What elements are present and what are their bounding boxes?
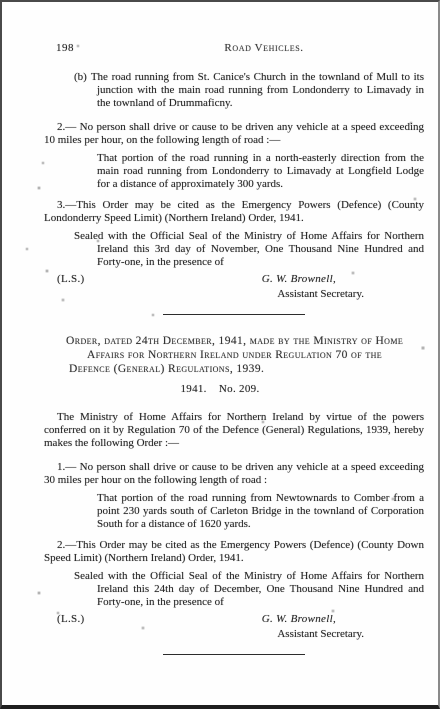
order2-signature-row: (L.S.) G. W. Brownell, <box>44 613 424 625</box>
order1-paragraph-2-subclause: That portion of the road running in a no… <box>97 152 424 191</box>
order2-signature-title: Assistant Secretary. <box>44 628 424 641</box>
order2-heading-line: Affairs for Northern Ireland under Regul… <box>87 348 424 362</box>
order1-item-b: (b)The road running from St. Canice's Ch… <box>97 71 424 110</box>
order1-ls-seal-mark: (L.S.) <box>57 273 84 285</box>
scanned-document-page: 198 Road Vehicles. (b)The road running f… <box>0 0 440 709</box>
order2-heading-line: Order, dated 24th December, 1941, made b… <box>66 334 424 348</box>
page-number: 198 <box>56 42 74 54</box>
order1-paragraph-2: 2.— No person shall drive or cause to be… <box>44 121 424 147</box>
order2-heading: Order, dated 24th December, 1941, made b… <box>44 334 424 376</box>
order1-signature-row: (L.S.) G. W. Brownell, <box>44 273 424 285</box>
running-header: Road Vehicles. <box>74 42 424 54</box>
order1-citation-paragraph: 3.—This Order may be cited as the Emerge… <box>44 199 424 225</box>
order1-signature-name: G. W. Brownell, <box>262 273 336 285</box>
order2-intro-paragraph: The Ministry of Home Affairs for Norther… <box>44 411 424 450</box>
order2-sealed-paragraph: Sealed with the Official Seal of the Min… <box>97 570 424 609</box>
order2-signature-name: G. W. Brownell, <box>262 613 336 625</box>
scan-noise-specks <box>2 2 4 4</box>
order1-signature-title: Assistant Secretary. <box>44 288 424 301</box>
page-header: 198 Road Vehicles. <box>44 42 424 54</box>
order2-ls-seal-mark: (L.S.) <box>57 613 84 625</box>
order2-citation-paragraph: 2.—This Order may be cited as the Emerge… <box>44 539 424 565</box>
order2-paragraph-1-subclause: That portion of the road running from Ne… <box>97 492 424 531</box>
order2-paragraph-1: 1.— No person shall drive or cause to be… <box>44 461 424 487</box>
section-divider <box>163 314 305 315</box>
order1-item-b-label: (b) <box>74 71 91 83</box>
order1-item-b-text: The road running from St. Canice's Churc… <box>91 71 424 109</box>
order2-heading-line: Defence (General) Regulations, 1939. <box>69 362 424 376</box>
section-divider-bottom <box>163 654 305 655</box>
order1-sealed-paragraph: Sealed with the Official Seal of the Min… <box>97 230 424 269</box>
order2-number: 1941. No. 209. <box>44 383 424 395</box>
